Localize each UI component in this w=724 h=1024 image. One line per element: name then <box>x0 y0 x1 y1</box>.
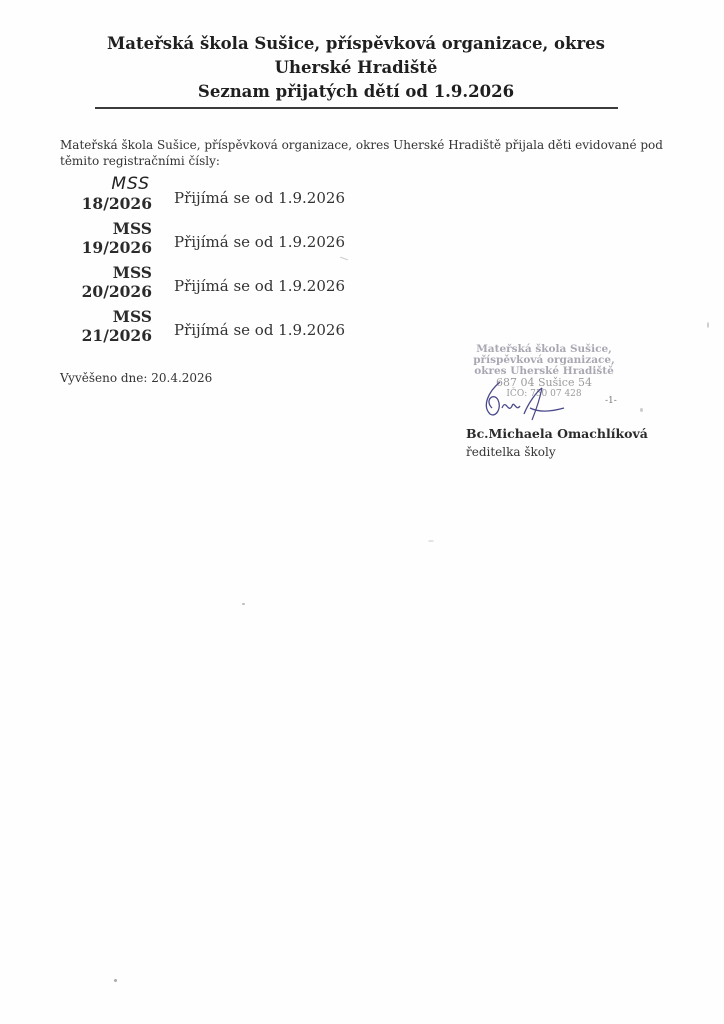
scan-speck <box>242 603 245 605</box>
registration-prefix: MSS <box>60 307 152 326</box>
scan-speck <box>640 408 643 412</box>
registration-code: MSS 19/2026 <box>60 219 152 257</box>
scan-speck <box>428 540 434 542</box>
stamp-page-mark: -1- <box>605 396 617 406</box>
signature-icon <box>478 378 568 422</box>
registration-prefix: MSS <box>60 219 152 238</box>
registration-status: Přijímá se od 1.9.2026 <box>174 225 345 251</box>
scan-speck <box>707 322 709 328</box>
registration-status: Přijímá se od 1.9.2026 <box>174 313 345 339</box>
registration-list: MSS 18/2026 Přijímá se od 1.9.2026 MSS 1… <box>60 172 460 348</box>
registration-number: 20/2026 <box>60 282 152 301</box>
registration-code: MSS 18/2026 <box>60 175 152 213</box>
header-title-line-2: Uherské Hradiště <box>95 56 617 80</box>
registration-row: MSS 20/2026 Přijímá se od 1.9.2026 <box>60 260 460 304</box>
signatory-block: Bc.Michaela Omachlíková ředitelka školy <box>466 425 648 461</box>
header-title-line-1: Mateřská škola Sušice, příspěvková organ… <box>95 32 617 56</box>
document-header: Mateřská škola Sušice, příspěvková organ… <box>95 32 617 104</box>
registration-number: 18/2026 <box>60 194 152 213</box>
registration-status: Přijímá se od 1.9.2026 <box>174 269 345 295</box>
registration-code: MSS 21/2026 <box>60 307 152 345</box>
signatory-name: Bc.Michaela Omachlíková <box>466 425 648 443</box>
document-page: Mateřská škola Sušice, příspěvková organ… <box>0 0 724 1024</box>
registration-number: 21/2026 <box>60 326 152 345</box>
intro-paragraph: Mateřská škola Sušice, příspěvková organ… <box>60 137 680 169</box>
registration-prefix-handwritten: MSS <box>60 175 152 194</box>
registration-code: MSS 20/2026 <box>60 263 152 301</box>
posted-date: Vyvěšeno dne: 20.4.2026 <box>60 371 212 385</box>
registration-row: MSS 21/2026 Přijímá se od 1.9.2026 <box>60 304 460 348</box>
registration-row: MSS 19/2026 Přijímá se od 1.9.2026 <box>60 216 460 260</box>
signatory-role: ředitelka školy <box>466 443 648 461</box>
registration-number: 19/2026 <box>60 238 152 257</box>
registration-status: Přijímá se od 1.9.2026 <box>174 181 345 207</box>
registration-row: MSS 18/2026 Přijímá se od 1.9.2026 <box>60 172 460 216</box>
registration-prefix: MSS <box>60 263 152 282</box>
header-divider <box>95 107 618 109</box>
header-subtitle: Seznam přijatých dětí od 1.9.2026 <box>95 80 617 104</box>
scan-speck <box>114 979 117 982</box>
